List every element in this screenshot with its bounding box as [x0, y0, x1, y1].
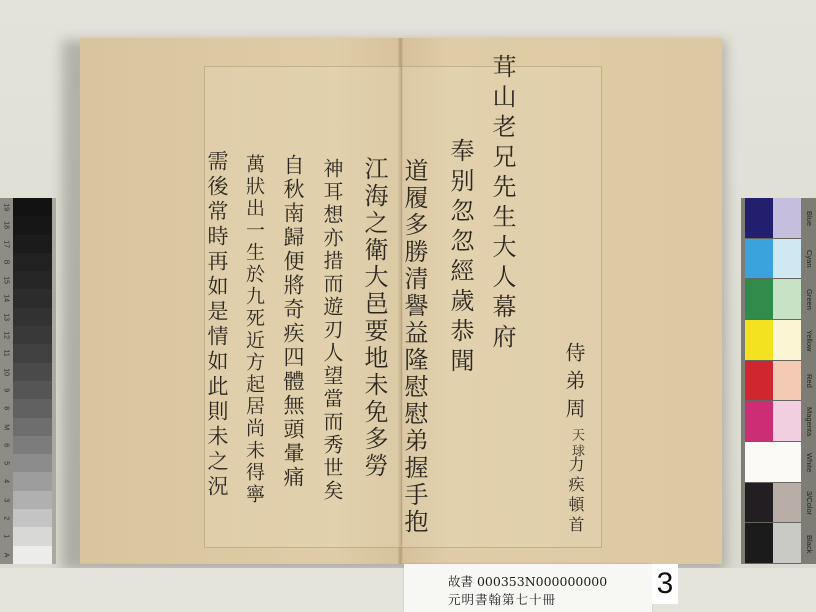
color-swatch	[773, 523, 801, 563]
letter-column-1: 茸山老兄先生大人幕府	[490, 54, 514, 354]
gray-patch	[13, 491, 53, 509]
color-label-yellow: Yellow	[803, 320, 816, 361]
color-label-white: White	[803, 442, 816, 483]
color-label-black: Black	[803, 523, 816, 564]
gray-scale-labels: 19 18 17 B 15 14 13 12 11 10 9 8 M 6 5 4…	[0, 198, 13, 564]
album-opening: 茸山老兄先生大人幕府 奉别忽忽經歲恭聞 道履多勝清譽益隆慰慰弟握手抱 江海之衛大…	[80, 38, 722, 564]
collection-title: 元明書翰第七十冊	[448, 590, 556, 608]
color-label-cyan: Cyan	[803, 239, 816, 280]
gray-scale-edge	[52, 198, 56, 564]
gray-patch	[13, 271, 53, 289]
color-label-text: Green	[805, 289, 814, 310]
color-label-text: Magenta	[805, 407, 814, 436]
gray-patch	[13, 546, 53, 564]
letter-column-8: 需後常時再如是情如此則未之況	[206, 150, 227, 500]
gray-patch	[13, 198, 53, 216]
gray-patch	[13, 363, 53, 381]
gray-patch	[13, 326, 53, 344]
gray-patch	[13, 418, 53, 436]
letter-column-7: 萬狀出一生於九死近方起居尚未得寧	[244, 154, 263, 506]
color-row	[745, 523, 801, 564]
gray-patch	[13, 216, 53, 234]
color-chart-swatches	[745, 198, 801, 564]
color-label-text: Blue	[805, 211, 814, 226]
gray-patch	[13, 472, 53, 490]
gray-patch	[13, 436, 53, 454]
color-swatch	[745, 442, 773, 482]
color-swatch	[773, 198, 801, 238]
signature-closing: 力疾頓首	[567, 456, 583, 536]
catalog-tag: 故書 000353N000000000 元明書翰第七十冊	[404, 564, 652, 612]
letter-column-2: 奉别忽忽經歲恭聞	[448, 138, 472, 378]
color-label-red: Red	[803, 361, 816, 402]
gray-patch	[13, 253, 53, 271]
color-label-green: Green	[803, 279, 816, 320]
color-row	[745, 483, 801, 524]
color-swatch	[745, 198, 773, 238]
color-row	[745, 361, 801, 402]
color-swatch	[773, 320, 801, 360]
color-row	[745, 442, 801, 483]
color-swatch	[745, 239, 773, 279]
color-swatch	[745, 401, 773, 441]
catalog-number: 故書 000353N000000000	[448, 572, 607, 590]
color-swatch	[773, 239, 801, 279]
letter-column-4: 江海之衛大邑要地未免多勞	[362, 156, 386, 480]
color-swatch	[773, 483, 801, 523]
color-label-text: Black	[805, 535, 814, 553]
color-row	[745, 239, 801, 280]
gray-patch	[13, 454, 53, 472]
color-swatch	[745, 483, 773, 523]
color-chart-labels: Blue Cyan Green Yellow Red Magenta White…	[803, 198, 816, 564]
color-label-text: White	[805, 453, 814, 472]
volume-number: 3	[652, 564, 678, 604]
gray-patch	[13, 509, 53, 527]
color-label-blue: Blue	[803, 198, 816, 239]
color-label-magenta: Magenta	[803, 401, 816, 442]
color-swatch	[745, 361, 773, 401]
color-row	[745, 279, 801, 320]
color-swatch	[773, 401, 801, 441]
gray-patch	[13, 344, 53, 362]
color-swatch	[773, 361, 801, 401]
gray-patch	[13, 399, 53, 417]
color-label-text: Cyan	[805, 250, 814, 268]
gray-patch	[13, 289, 53, 307]
letter-column-6: 自秋南歸便將奇疾四體無頭暈痛	[282, 154, 303, 490]
color-swatch	[773, 442, 801, 482]
gray-scale-strip	[13, 198, 53, 564]
color-row	[745, 401, 801, 442]
color-swatch	[745, 523, 773, 563]
color-label-3color: 3/Color	[803, 483, 816, 524]
color-label-text: Yellow	[805, 330, 814, 351]
letter-column-3: 道履多勝清譽益隆慰慰弟握手抱	[402, 158, 426, 536]
color-label-text: Red	[805, 374, 814, 388]
color-row	[745, 320, 801, 361]
color-row	[745, 198, 801, 239]
gray-patch	[13, 381, 53, 399]
gray-patch	[13, 308, 53, 326]
color-label-text: 3/Color	[805, 491, 814, 515]
letter-column-5: 神耳想亦措而遊刃人望當而秀世矣	[322, 158, 342, 503]
color-swatch	[745, 320, 773, 360]
gray-patch	[13, 235, 53, 253]
signature-name: 侍弟周	[564, 342, 584, 426]
color-swatch	[773, 279, 801, 319]
color-swatch	[745, 279, 773, 319]
gray-patch	[13, 527, 53, 545]
